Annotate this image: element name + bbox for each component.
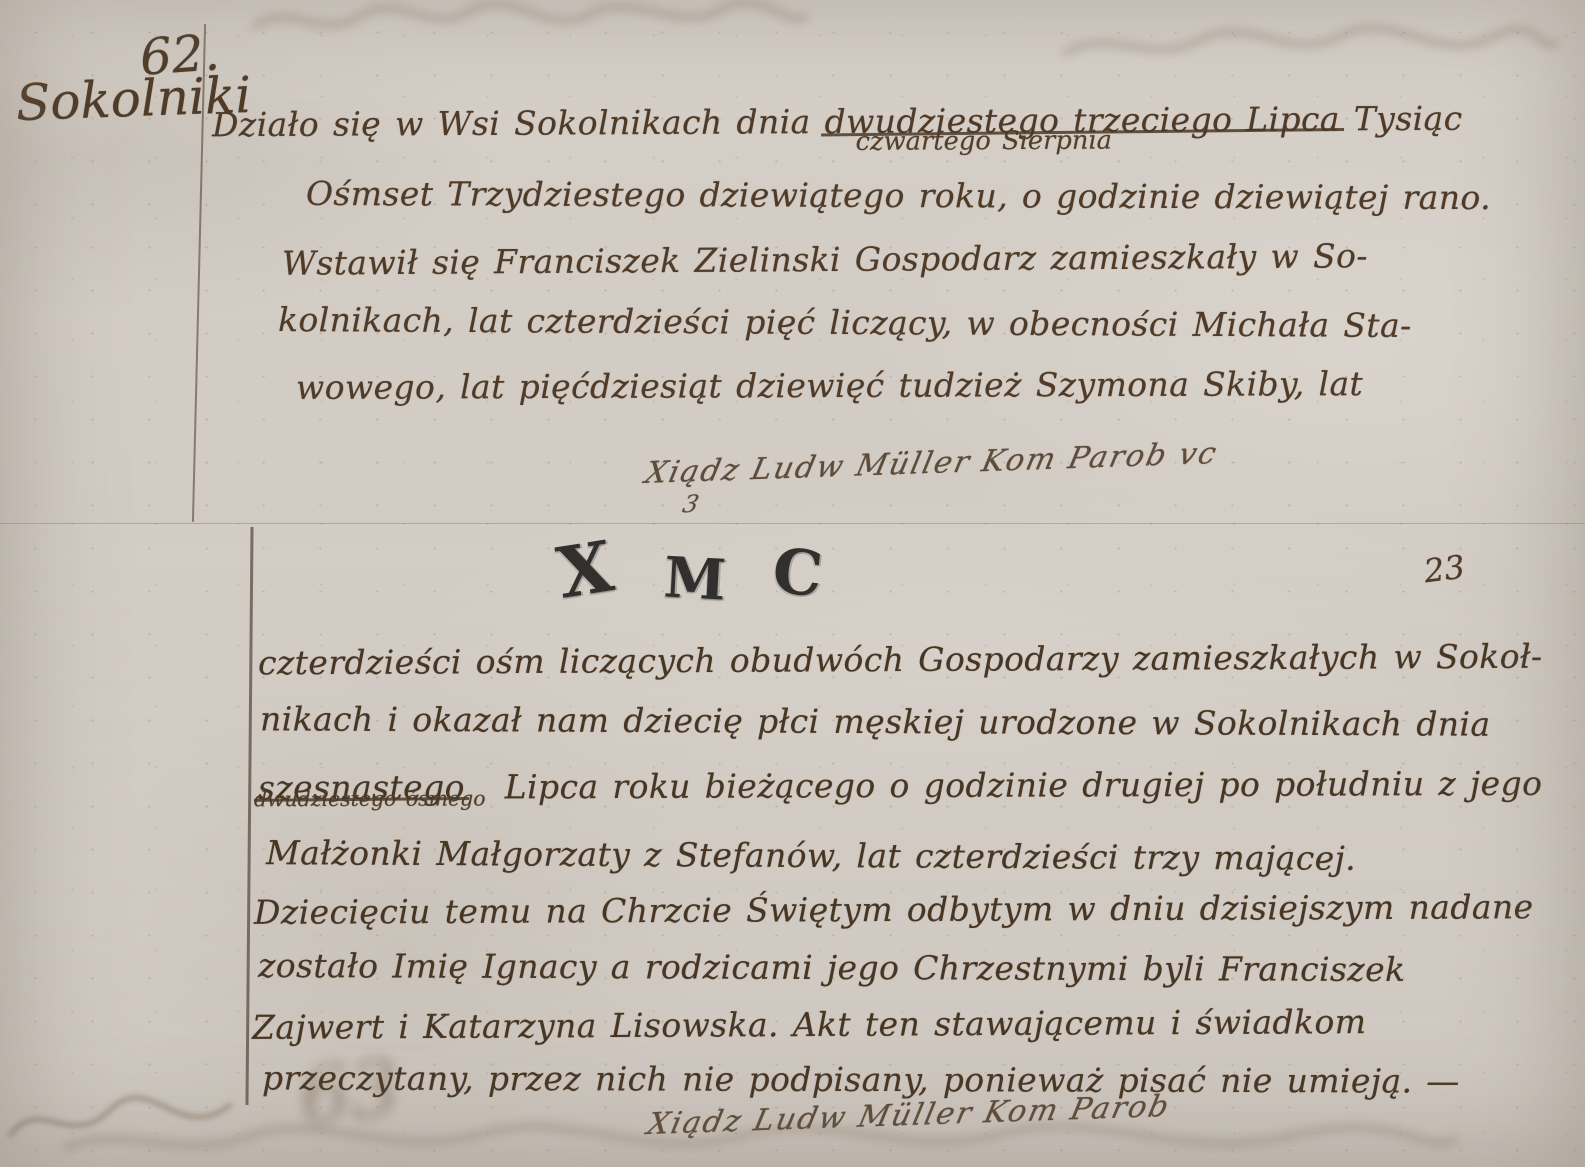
act1-line1-correction: czwartego Sierpnia bbox=[856, 126, 1113, 157]
act2-line-5: Dziecięciu temu na Chrzcie Świętym odbyt… bbox=[254, 887, 1534, 932]
act1-line1-struck-date: dwudziestego trzeciego Lipcaczwartego Si… bbox=[824, 99, 1340, 141]
page-number: 23 bbox=[1422, 548, 1467, 591]
act1-line-4: kolnikach, lat czterdzieści pięć liczący… bbox=[278, 300, 1412, 345]
act1-line-2: Ośmset Trzydziestego dziewiątego roku, o… bbox=[306, 174, 1491, 217]
act2-line-6: zostało Imię Ignacy a rodzicami jego Chr… bbox=[258, 946, 1406, 989]
act1-line1-post: Tysiąc bbox=[1340, 99, 1463, 139]
stamp-letter-x: X bbox=[552, 524, 619, 614]
act1-line1-pre: Działo się w Wsi Sokolnikach dnia bbox=[212, 102, 825, 144]
act2-line3-correction: dwudziestego ósmego bbox=[254, 786, 486, 811]
stamp-letter-m: M bbox=[662, 544, 727, 613]
act2-line-1: czterdzieści ośm liczących obudwóch Gosp… bbox=[258, 637, 1543, 683]
act2-line-4: Małżonki Małgorzaty z Stefanów, lat czte… bbox=[266, 833, 1356, 878]
act2-line-8: przeczytany, przez nich nie podpisany, p… bbox=[262, 1058, 1460, 1100]
act1-line-3: Wstawił się Franciszek Zielinski Gospoda… bbox=[282, 236, 1368, 283]
act2-line3-rest: Lipca roku bieżącego o godzinie drugiej … bbox=[505, 764, 1543, 807]
act2-line-7: Zajwert i Katarzyna Lisowska. Akt ten st… bbox=[252, 1002, 1367, 1047]
act2-line-2: nikach i okazał nam dziecię płci męskiej… bbox=[260, 699, 1491, 743]
act1-line-5: wowego, lat pięćdziesiąt dziewięć tudzie… bbox=[296, 364, 1363, 407]
censor-stamp: X M C bbox=[558, 528, 823, 611]
stamp-letter-c: C bbox=[770, 534, 827, 612]
act2-line3-struck-date: szesnastegodwudziestego ósmego bbox=[258, 768, 465, 808]
act2-line-3: szesnastegodwudziestego ósmego Lipca rok… bbox=[258, 764, 1543, 807]
act1-line-1: Działo się w Wsi Sokolnikach dnia dwudzi… bbox=[212, 99, 1463, 145]
document-scan: 62. Sokolniki Działo się w Wsi Sokolnika… bbox=[0, 0, 1585, 1167]
